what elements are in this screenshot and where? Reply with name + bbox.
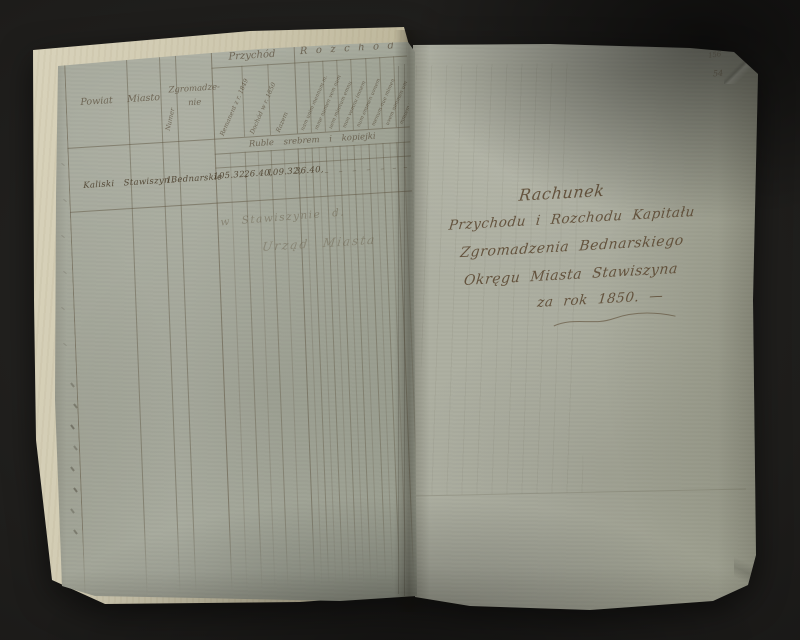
entry-empty-mark: – bbox=[352, 166, 356, 175]
column-header-powiat: Powiat bbox=[80, 95, 113, 108]
left-page: Przychód Rozchód Powiat Miasto Numer Zgr… bbox=[40, 36, 420, 611]
edge-wear-mark bbox=[61, 307, 65, 310]
entry-empty-mark: – bbox=[366, 165, 370, 174]
page-corner-mark-upper: 156 bbox=[708, 50, 722, 60]
page-corner-mark-lower: 54 bbox=[713, 69, 724, 79]
entry-powiat: Kaliski bbox=[83, 179, 115, 191]
top-right-corner-fold bbox=[724, 46, 764, 84]
right-page: 156 54 Rachunek Przychodu i Rozchodu Kap… bbox=[408, 40, 764, 618]
edge-wear-mark bbox=[63, 343, 67, 346]
entry-empty-mark: – bbox=[324, 168, 328, 177]
column-header-miasto: Miasto bbox=[127, 92, 160, 105]
stitch-mark bbox=[73, 529, 78, 534]
bottom-right-corner-fold bbox=[734, 546, 762, 594]
rule-line bbox=[241, 66, 245, 137]
stitch-mark bbox=[73, 487, 78, 492]
column-header-numer: Numer bbox=[164, 107, 177, 131]
edge-wear-mark bbox=[63, 271, 67, 274]
edge-wear-mark bbox=[61, 235, 65, 238]
scanned-ledger-spread: 156 54 Rachunek Przychodu i Rozchodu Kap… bbox=[0, 0, 800, 640]
title-block: Rachunek Przychodu i Rozchodu Kapitału Z… bbox=[448, 175, 728, 375]
rule-line bbox=[70, 190, 412, 213]
stitch-mark bbox=[73, 445, 78, 450]
entry-value: 36.40, bbox=[295, 165, 324, 177]
title-line-1: Rachunek bbox=[518, 181, 606, 205]
title-line-3: Zgromadzenia Bednarskiego bbox=[460, 233, 685, 262]
signature-line-1: w Stawiszynie d. bbox=[220, 206, 345, 228]
stitch-mark bbox=[70, 424, 75, 429]
rule-line bbox=[294, 45, 298, 133]
entry-empty-mark: – bbox=[380, 164, 384, 173]
title-line-4: Okręgu Miasta Stawiszyna bbox=[463, 261, 679, 289]
rule-line bbox=[365, 58, 369, 129]
rule-line bbox=[175, 53, 197, 593]
title-flourish bbox=[549, 309, 680, 330]
rule-line bbox=[64, 60, 86, 600]
column-header-zgromadzenie-2: nie bbox=[188, 97, 202, 108]
rule-line bbox=[360, 144, 378, 581]
title-line-5: za rok 1850. — bbox=[536, 288, 664, 311]
column-header-remanent: Remanent z r. 1849 bbox=[219, 78, 250, 137]
entry-empty-mark: – bbox=[403, 163, 407, 172]
rule-line bbox=[126, 56, 148, 596]
stitch-mark bbox=[70, 382, 75, 387]
stitch-mark bbox=[70, 466, 75, 471]
open-book: 156 54 Rachunek Przychodu i Rozchodu Kap… bbox=[0, 0, 800, 640]
edge-wear-mark bbox=[63, 199, 67, 202]
ledger-table: Przychód Rozchód Powiat Miasto Numer Zgr… bbox=[64, 38, 427, 599]
stitch-mark bbox=[70, 508, 75, 513]
entry-value: 105.32, bbox=[213, 170, 248, 182]
title-line-2: Przychodu i Rozchodu Kapitału bbox=[448, 204, 696, 234]
edge-wear-mark bbox=[61, 163, 65, 166]
column-header-dochod: Dochód w r. 1850 bbox=[249, 82, 278, 136]
entry-empty-mark: – bbox=[338, 167, 342, 176]
column-header-razem: Razem bbox=[275, 111, 290, 133]
signature-line-2: Urząd Miasta bbox=[261, 233, 377, 254]
entry-empty-mark: – bbox=[392, 163, 396, 172]
